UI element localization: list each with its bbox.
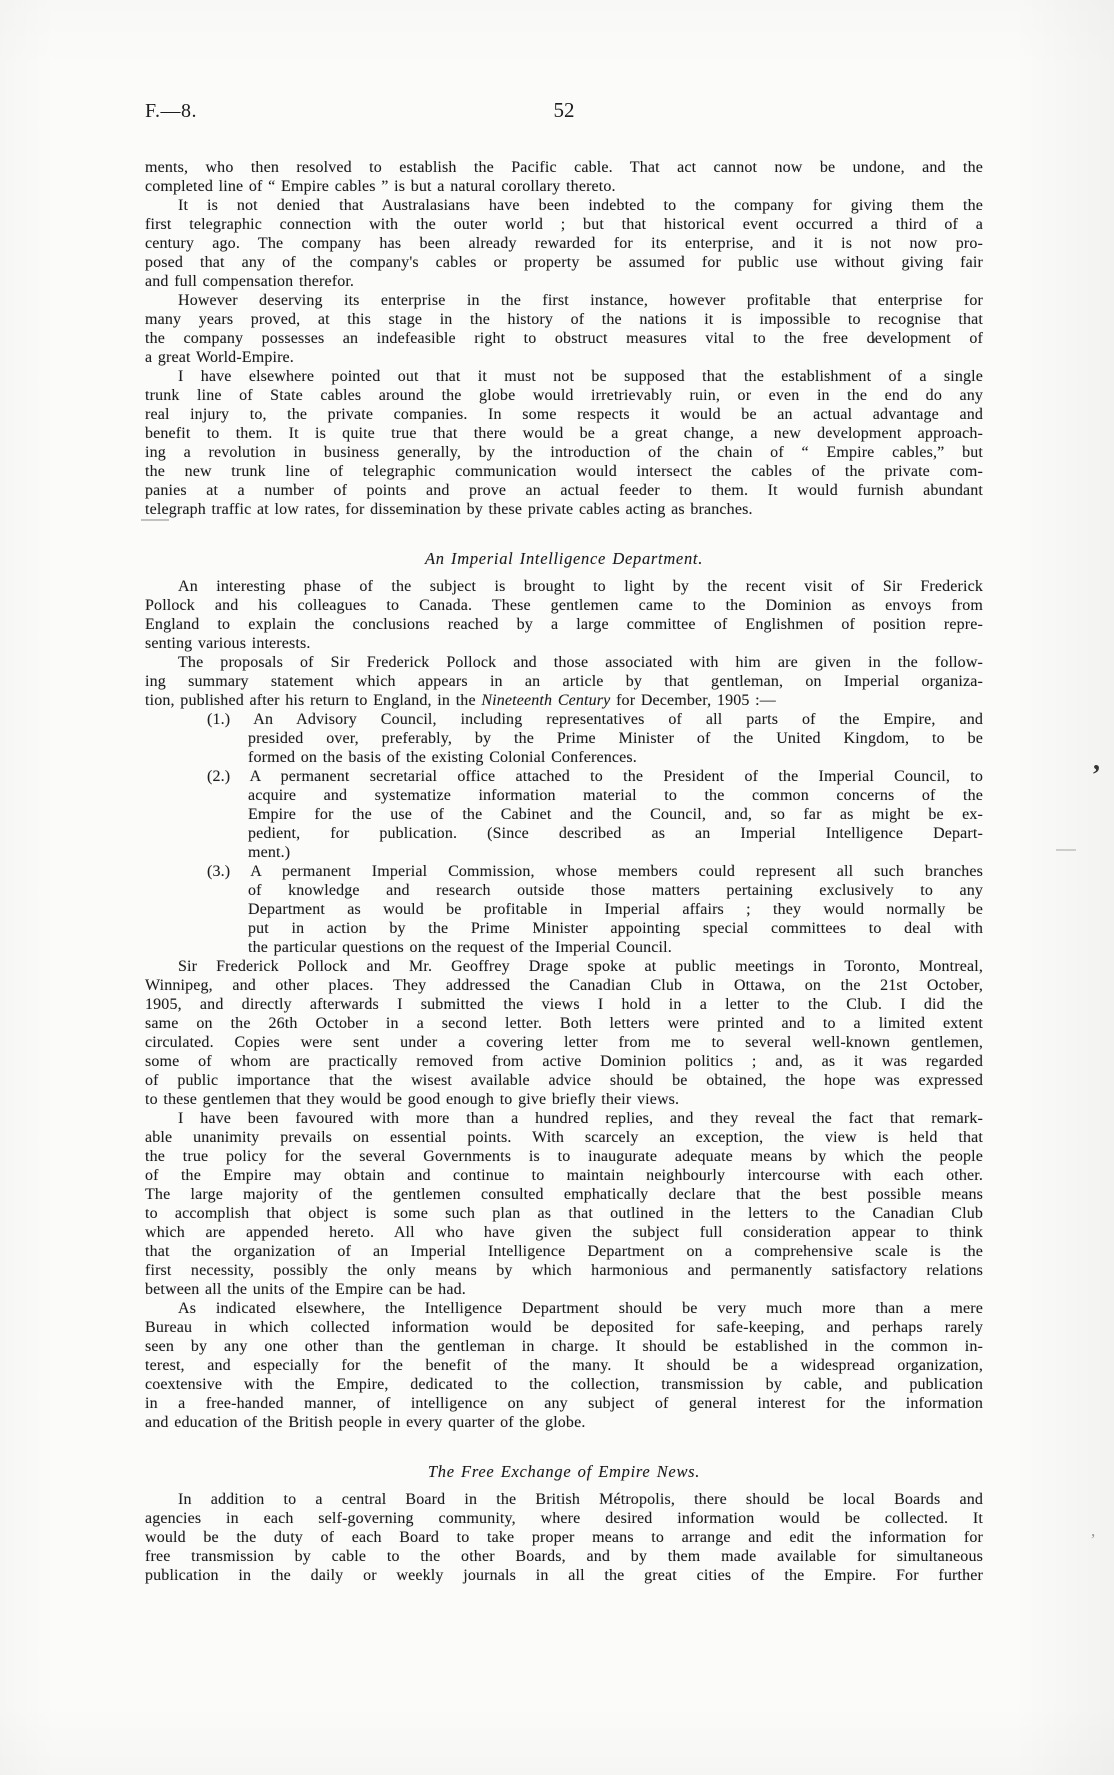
text-line: the particular questions on the request … bbox=[248, 938, 983, 957]
text-line: circulated. Copies were sent under a cov… bbox=[145, 1033, 983, 1052]
text-line: coextensive with the Empire, dedicated t… bbox=[145, 1375, 983, 1394]
scanned-document-page: F.—8. 52 ments, who then resolved to est… bbox=[0, 0, 1114, 1775]
text-line: real injury to, the private companies. I… bbox=[145, 405, 983, 424]
paragraph: It is not denied that Australasians have… bbox=[145, 196, 983, 291]
text-line: Empire for the use of the Cabinet and th… bbox=[248, 805, 983, 824]
text-line: terest, and especially for the benefit o… bbox=[145, 1356, 983, 1375]
text-line: many years proved, at this stage in the … bbox=[145, 310, 983, 329]
paragraph: However deserving its enterprise in the … bbox=[145, 291, 983, 367]
text-line: benefit to them. It is quite true that t… bbox=[145, 424, 983, 443]
text-line: presided over, preferably, by the Prime … bbox=[248, 729, 983, 748]
text-line: put in action by the Prime Minister appo… bbox=[248, 919, 983, 938]
text-line: senting various interests. bbox=[145, 634, 983, 653]
text-line: to these gentlemen that they would be go… bbox=[145, 1090, 983, 1109]
text-line: The large majority of the gentlemen cons… bbox=[145, 1185, 983, 1204]
text-line: in a free-handed manner, of intelligence… bbox=[145, 1394, 983, 1413]
text-line: trunk line of State cables around the gl… bbox=[145, 386, 983, 405]
text-line: The proposals of Sir Frederick Pollock a… bbox=[145, 653, 983, 672]
text-line: I have been favoured with more than a hu… bbox=[145, 1109, 983, 1128]
text-line: (2.) A permanent secretarial office atta… bbox=[207, 767, 983, 786]
text-line: Sir Frederick Pollock and Mr. Geoffrey D… bbox=[145, 957, 983, 976]
text-line: of public importance that the wisest ava… bbox=[145, 1071, 983, 1090]
text-line: agencies in each self-governing communit… bbox=[145, 1509, 983, 1528]
text-line: seen by any one other than the gentleman… bbox=[145, 1337, 983, 1356]
text-line: Department as would be profitable in Imp… bbox=[248, 900, 983, 919]
list-item: (2.) A permanent secretarial office atta… bbox=[145, 767, 983, 862]
section-heading: An Imperial Intelligence Department. bbox=[145, 549, 983, 568]
text-line: free transmission by cable to the other … bbox=[145, 1547, 983, 1566]
text-line: a great World-Empire. bbox=[145, 348, 983, 367]
text-line: the new trunk line of telegraphic commun… bbox=[145, 462, 983, 481]
paragraph: As indicated elsewhere, the Intelligence… bbox=[145, 1299, 983, 1432]
paragraph: Sir Frederick Pollock and Mr. Geoffrey D… bbox=[145, 957, 983, 1109]
paragraph: ments, who then resolved to establish th… bbox=[145, 158, 983, 196]
ink-blot-mark: , bbox=[1093, 745, 1100, 777]
text-line: However deserving its enterprise in the … bbox=[145, 291, 983, 310]
list-item: (3.) A permanent Imperial Commission, wh… bbox=[145, 862, 983, 957]
text-line: would be the duty of each Board to take … bbox=[145, 1528, 983, 1547]
text-line: ment.) bbox=[248, 843, 983, 862]
document-body: ments, who then resolved to establish th… bbox=[145, 158, 983, 1585]
text-line: and full compensation therefor. bbox=[145, 272, 983, 291]
paragraph: I have elsewhere pointed out that it mus… bbox=[145, 367, 983, 519]
text-line: first telegraphic connection with the ou… bbox=[145, 215, 983, 234]
italic-text: Nineteenth Century bbox=[481, 692, 610, 709]
section-heading: The Free Exchange of Empire News. bbox=[145, 1462, 983, 1481]
text-line: the company possesses an indefeasible ri… bbox=[145, 329, 983, 348]
text-line: ments, who then resolved to establish th… bbox=[145, 158, 983, 177]
text-line: ing summary statement which appears in a… bbox=[145, 672, 983, 691]
text-line: As indicated elsewhere, the Intelligence… bbox=[145, 1299, 983, 1318]
paragraph: The proposals of Sir Frederick Pollock a… bbox=[145, 653, 983, 710]
page-header: F.—8. 52 bbox=[145, 100, 983, 126]
text-line: (1.) An Advisory Council, including repr… bbox=[207, 710, 983, 729]
text-line: of the Empire may obtain and continue to… bbox=[145, 1166, 983, 1185]
text-line: which are appended hereto. All who have … bbox=[145, 1223, 983, 1242]
text-line: publication in the daily or weekly journ… bbox=[145, 1566, 983, 1585]
text-line: between all the units of the Empire can … bbox=[145, 1280, 983, 1299]
stray-comma-mark: , bbox=[1091, 1521, 1095, 1541]
page-number: 52 bbox=[554, 98, 575, 123]
stray-dash-mark bbox=[1056, 849, 1076, 851]
text-line: Pollock and his colleagues to Canada. Th… bbox=[145, 596, 983, 615]
text-line: that the organization of an Imperial Int… bbox=[145, 1242, 983, 1261]
text-line: I have elsewhere pointed out that it mus… bbox=[145, 367, 983, 386]
paragraph: An interesting phase of the subject is b… bbox=[145, 577, 983, 653]
text-line: (3.) A permanent Imperial Commission, wh… bbox=[207, 862, 983, 881]
text-line: acquire and systematize information mate… bbox=[248, 786, 983, 805]
text-line: It is not denied that Australasians have… bbox=[145, 196, 983, 215]
text-line: to accomplish that object is some such p… bbox=[145, 1204, 983, 1223]
text-line: of knowledge and research outside those … bbox=[248, 881, 983, 900]
list-item: (1.) An Advisory Council, including repr… bbox=[145, 710, 983, 767]
text-line: An interesting phase of the subject is b… bbox=[145, 577, 983, 596]
text-line: able unanimity prevails on essential poi… bbox=[145, 1128, 983, 1147]
text-line: first necessity, possibly the only means… bbox=[145, 1261, 983, 1280]
text-line: and education of the British people in e… bbox=[145, 1413, 983, 1432]
text-line: ing a revolution in business generally, … bbox=[145, 443, 983, 462]
text-line: telegraph traffic at low rates, for diss… bbox=[145, 500, 983, 519]
text-line: England to explain the conclusions reach… bbox=[145, 615, 983, 634]
paragraph: In addition to a central Board in the Br… bbox=[145, 1490, 983, 1585]
text-line: the true policy for the several Governme… bbox=[145, 1147, 983, 1166]
text-line: Winnipeg, and other places. They address… bbox=[145, 976, 983, 995]
text-line: some of whom are practically removed fro… bbox=[145, 1052, 983, 1071]
text-line: pedient, for publication. (Since describ… bbox=[248, 824, 983, 843]
text-line: 1905, and directly afterwards I submitte… bbox=[145, 995, 983, 1014]
paragraph: I have been favoured with more than a hu… bbox=[145, 1109, 983, 1299]
text-line: century ago. The company has been alread… bbox=[145, 234, 983, 253]
text-line: completed line of “ Empire cables ” is b… bbox=[145, 177, 983, 196]
text-line: posed that any of the company's cables o… bbox=[145, 253, 983, 272]
text-line: formed on the basis of the existing Colo… bbox=[248, 748, 983, 767]
text-line: tion, published after his return to Engl… bbox=[145, 691, 983, 710]
text-line: panies at a number of points and prove a… bbox=[145, 481, 983, 500]
text-line: In addition to a central Board in the Br… bbox=[145, 1490, 983, 1509]
text-line: Bureau in which collected information wo… bbox=[145, 1318, 983, 1337]
document-reference: F.—8. bbox=[145, 100, 197, 123]
text-line: same on the 26th October in a second let… bbox=[145, 1014, 983, 1033]
